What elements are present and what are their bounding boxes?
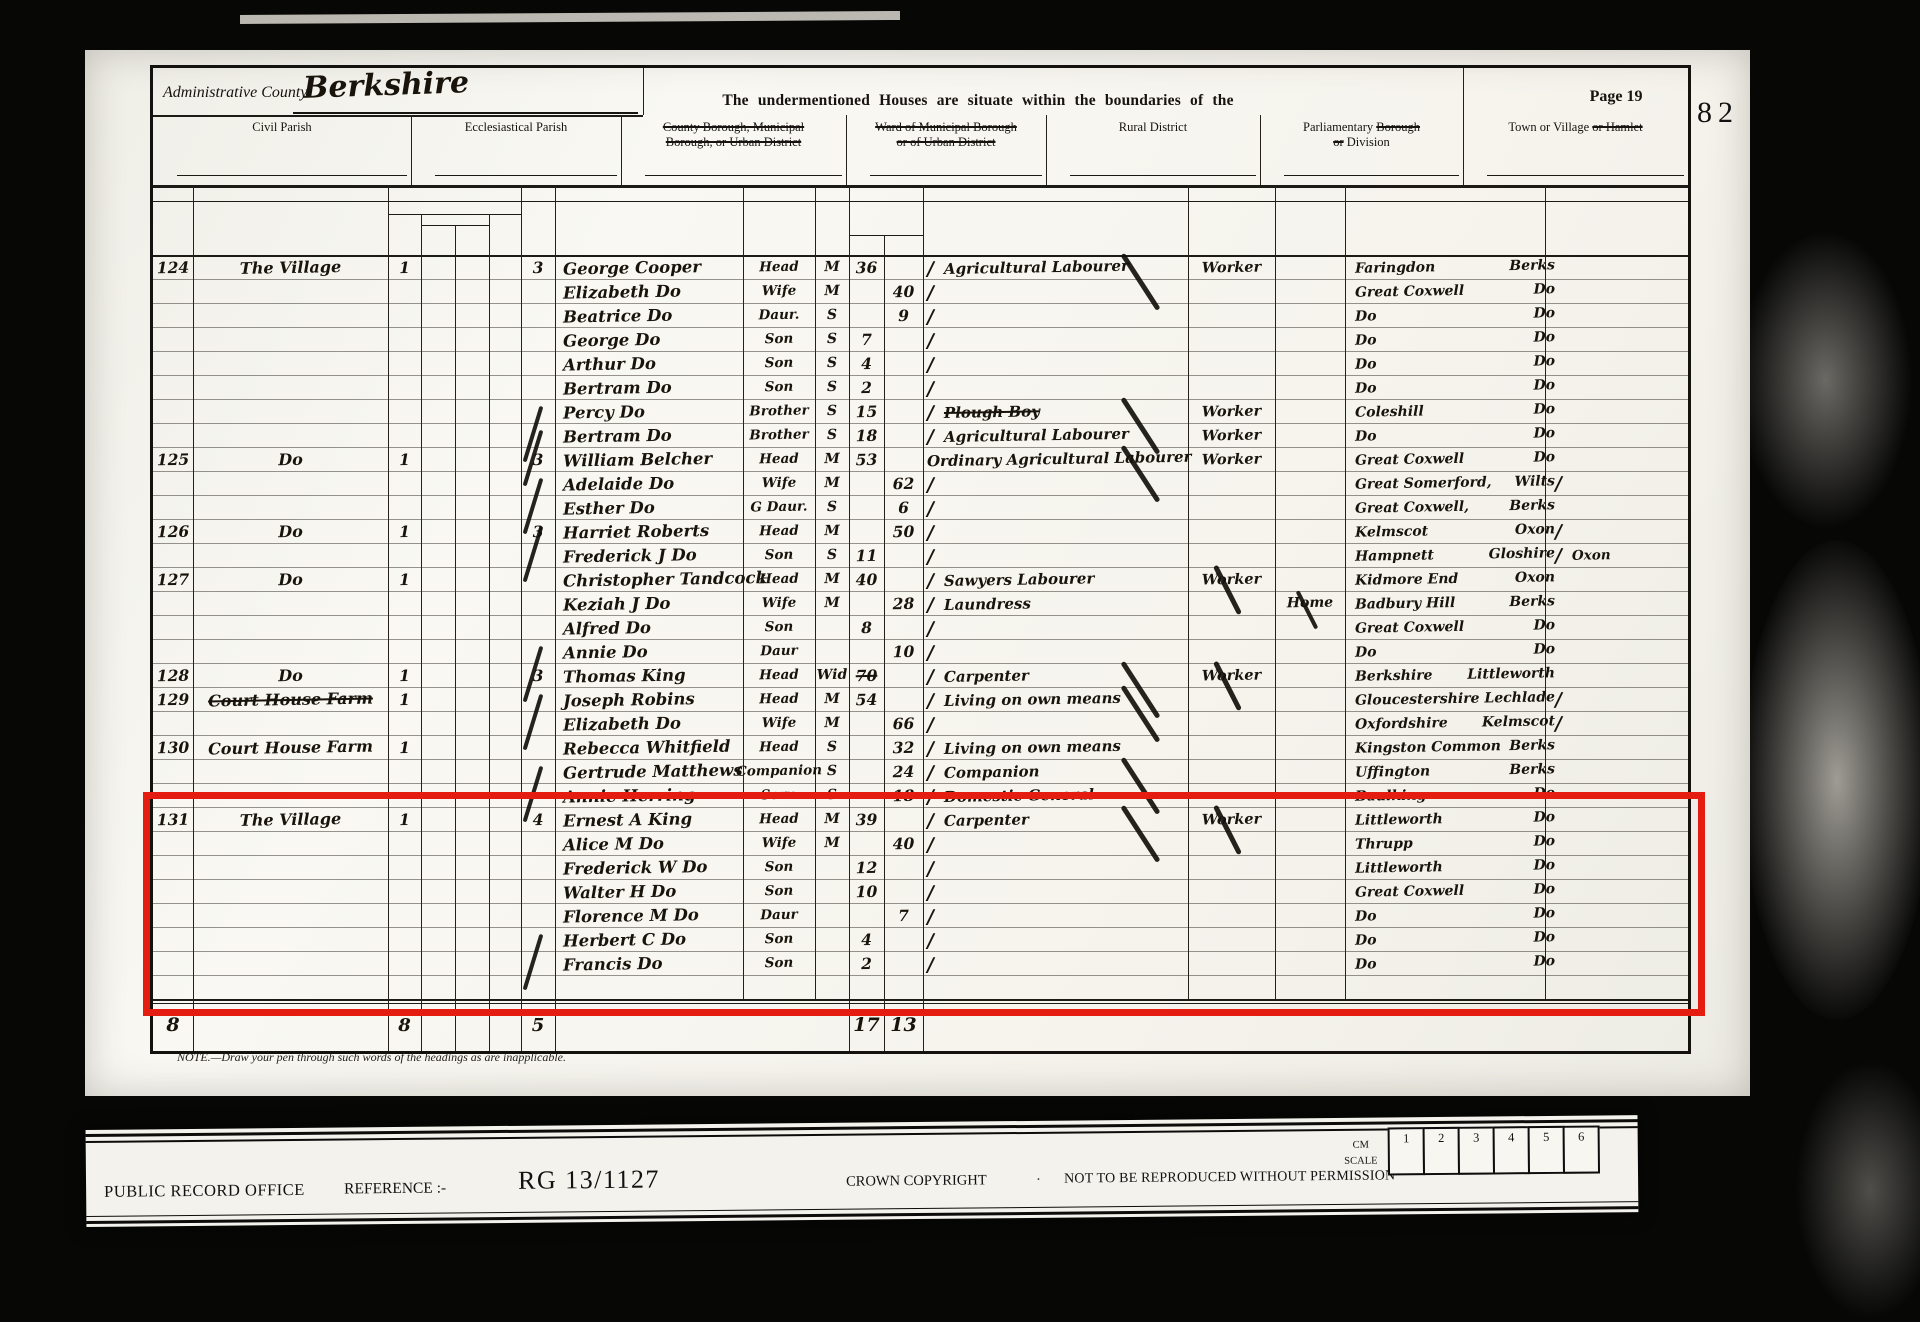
- enumerator-tick: /: [1555, 545, 1562, 567]
- enumerator-tick: /: [927, 474, 934, 496]
- birthplace-part: Gloucestershire: [1355, 691, 1480, 709]
- person-name-text: Joseph Robins: [563, 689, 695, 710]
- person-name: Keziah J Do: [555, 589, 751, 616]
- enumerator-tick: /: [1555, 473, 1562, 495]
- inhabited-mark: 1: [388, 687, 421, 712]
- age-female: 9: [884, 303, 923, 328]
- age-female-text: 9: [898, 305, 909, 324]
- enumerator-tick: /: [927, 714, 934, 736]
- birthplace-part: Coleshill: [1355, 404, 1424, 421]
- birthplace-part: Littleworth: [1467, 665, 1555, 683]
- age-male: 40: [849, 567, 884, 592]
- relation-text: Head: [759, 571, 799, 588]
- person-name-text: Beatrice Do: [563, 305, 673, 326]
- age-male: 36: [849, 255, 884, 280]
- age-male: 4: [849, 351, 884, 376]
- relation-text: Head: [759, 451, 799, 468]
- person-name: Arthur Do: [555, 349, 751, 376]
- label-part: or Hamlet: [1592, 120, 1642, 134]
- table-row: 127Do1Christopher TandcockHeadM40/Sawyer…: [153, 567, 1688, 591]
- marital-condition: S: [815, 423, 849, 448]
- county-borough: County Borough, MunicipalBorough, or Urb…: [621, 115, 846, 185]
- age-male-text: 7: [861, 329, 872, 348]
- schedule-number: 127: [153, 567, 193, 592]
- person-name: Gertrude Matthews: [555, 757, 751, 784]
- occupation-text: Ordinary Agricultural Labourer: [927, 448, 1192, 471]
- marital-condition-text: S: [827, 379, 837, 395]
- situate-heading: The undermentioned Houses are situate wi…: [623, 92, 1333, 110]
- relation-text: Son: [765, 547, 794, 563]
- age-female-text: 28: [893, 593, 915, 612]
- label-part: Rural District: [1119, 120, 1187, 134]
- table-row: Bertram DoSonS2/DoDo: [153, 375, 1688, 399]
- totals-males: 17: [849, 1013, 884, 1037]
- rule-line: [643, 68, 644, 115]
- table-row: 128Do13Thomas KingHeadWid70/CarpenterWor…: [153, 663, 1688, 687]
- person-name-text: Bertram Do: [563, 425, 672, 446]
- marital-condition-text: M: [824, 715, 840, 731]
- person-name: Christopher Tandcock: [555, 565, 751, 592]
- admin-county-value: Berkshire: [302, 65, 469, 106]
- person-name-text: Rebecca Whitfield: [563, 736, 731, 758]
- enumerator-tick: /: [927, 330, 934, 352]
- marital-condition: M: [815, 687, 849, 712]
- marital-condition-text: S: [827, 403, 837, 419]
- rule-line: [388, 214, 521, 215]
- age-female: 24: [884, 759, 923, 784]
- person-name: Elizabeth Do: [555, 277, 751, 304]
- birthplace-part: Great Somerford,: [1355, 474, 1492, 492]
- infirmity-note: /: [1545, 518, 1698, 545]
- person-name-text: Elizabeth Do: [563, 281, 681, 302]
- person-name-text: George Do: [563, 329, 661, 350]
- relation-text: Companion: [736, 762, 822, 779]
- schedule-number-text: 127: [157, 569, 190, 589]
- infirmity-note: /: [1545, 710, 1698, 737]
- birthplace-part: Berks: [1509, 593, 1555, 610]
- table-row: 124The Village13George CooperHeadM36/Agr…: [153, 255, 1688, 279]
- inhabited-mark: 1: [388, 447, 421, 472]
- rule-line: [1188, 185, 1189, 255]
- age-male: 11: [849, 543, 884, 568]
- marital-condition: S: [815, 543, 849, 568]
- label-line: County Borough, Municipal: [621, 120, 846, 135]
- ward-municipal-label: Ward of Municipal Boroughor of Urban Dis…: [846, 120, 1046, 150]
- label-line: Parliamentary Borough: [1260, 120, 1463, 135]
- person-name-text: George Cooper: [563, 257, 701, 278]
- birthplace-part: Great Coxwell,: [1355, 499, 1469, 517]
- birthplace-part: Do: [1533, 449, 1555, 465]
- person-name: Annie Do: [555, 637, 751, 664]
- marital-condition-text: S: [827, 763, 837, 779]
- table-row: Percy DoBrotherS15/Plough BoyWorkerColes…: [153, 399, 1688, 423]
- occupation-text: Companion: [944, 762, 1040, 782]
- age-female: 66: [884, 711, 923, 736]
- totals-rooms: 5: [521, 1013, 555, 1037]
- rural-district-label: Rural District: [1046, 120, 1260, 135]
- enumerator-tick: /: [927, 498, 934, 520]
- inhabited-mark: 1: [388, 255, 421, 280]
- age-female: 50: [884, 519, 923, 544]
- occupation-text: Living on own means: [944, 689, 1121, 710]
- rule-line: [870, 175, 1042, 176]
- relation: Son: [743, 350, 815, 375]
- enumerator-tick: /: [927, 378, 934, 400]
- age-male-text: 4: [861, 353, 872, 372]
- birthplace-part: Uffington: [1355, 763, 1430, 780]
- age-female-text: 6: [898, 497, 909, 516]
- infirmity-note: /Oxon: [1545, 542, 1698, 569]
- enumerator-tick: /: [1555, 689, 1562, 711]
- age-male: 18: [849, 423, 884, 448]
- employer-status-text: Worker: [1202, 450, 1262, 468]
- road-name-text: Court House Farm: [208, 688, 373, 710]
- person-name: Bertram Do: [555, 421, 751, 448]
- label-line: or of Urban District: [846, 135, 1046, 150]
- rule-line: [153, 185, 1688, 188]
- marital-condition-text: S: [827, 739, 837, 755]
- birthplace-part: Do: [1355, 356, 1377, 372]
- label-line: Rural District: [1046, 120, 1260, 135]
- schedule-number: 124: [153, 255, 193, 280]
- relation-text: Wife: [762, 715, 797, 732]
- rule-line: [293, 112, 638, 114]
- birthplace-part: Do: [1355, 332, 1377, 348]
- marital-condition: M: [815, 255, 849, 280]
- table-row: Elizabeth DoWifeM66/OxfordshireKelmscot/: [153, 711, 1688, 735]
- employer-status: Worker: [1188, 398, 1275, 424]
- occupation-text: Agricultural Labourer: [944, 257, 1129, 278]
- label-line: Ecclesiastical Parish: [411, 120, 621, 135]
- schedule-number-text: 130: [157, 737, 190, 757]
- relation: Companion: [743, 758, 815, 783]
- marital-condition-text: S: [827, 547, 837, 563]
- relation: Brother: [743, 398, 815, 423]
- marital-condition: S: [815, 351, 849, 376]
- birthplace-part: Oxon: [1515, 569, 1555, 586]
- relation-text: G Daur.: [750, 499, 807, 516]
- age-male-text: 15: [856, 401, 878, 420]
- schedule-number-text: 129: [157, 689, 190, 709]
- person-name: Alfred Do: [555, 613, 751, 640]
- rule-line: [455, 225, 456, 255]
- relation: Wife: [743, 278, 815, 303]
- table-row: Adelaide DoWifeM62/Great Somerford,Wilts…: [153, 471, 1688, 495]
- rule-line: [849, 185, 850, 255]
- marital-condition: M: [815, 519, 849, 544]
- person-name: George Cooper: [555, 253, 751, 280]
- marital-condition-text: M: [824, 475, 840, 491]
- person-name: Elizabeth Do: [555, 709, 751, 736]
- relation: Head: [743, 518, 815, 543]
- relation-text: Brother: [749, 402, 809, 419]
- age-female-text: 62: [893, 473, 915, 492]
- county-borough-label: County Borough, MunicipalBorough, or Urb…: [621, 120, 846, 150]
- schedule-number-text: 126: [157, 521, 190, 541]
- age-male-text: 36: [856, 257, 878, 276]
- admin-county-label: Administrative County: [163, 84, 307, 102]
- birthplace-part: Berkshire: [1355, 667, 1433, 684]
- rooms-count: 3: [521, 255, 555, 280]
- enumerator-tick: /: [927, 594, 934, 616]
- birthplace-part: Do: [1355, 308, 1377, 324]
- person-name-text: Gertrude Matthews: [563, 760, 743, 782]
- label-part: Borough, or Urban District: [666, 135, 801, 149]
- marital-condition: M: [815, 711, 849, 736]
- employer-status-text: Worker: [1202, 666, 1262, 684]
- label-line: Civil Parish: [153, 120, 411, 135]
- table-row: 126Do13Harriet RobertsHeadM50/KelmscotOx…: [153, 519, 1688, 543]
- marital-condition: S: [815, 735, 849, 760]
- relation-text: Head: [759, 259, 799, 276]
- scan-artifact: [1730, 0, 1920, 1322]
- road-name-text: Do: [278, 665, 303, 684]
- enumerator-tick: /: [927, 282, 934, 304]
- relation-text: Head: [759, 739, 799, 756]
- person-name-text: Arthur Do: [563, 353, 656, 374]
- age-male-text: 40: [856, 569, 878, 588]
- relation: Head: [743, 734, 815, 759]
- label-line: Ward of Municipal Borough: [846, 120, 1046, 135]
- rule-line: [388, 185, 389, 255]
- enumerator-tick: /: [927, 642, 934, 664]
- inhabited-mark-text: 1: [399, 449, 410, 468]
- enumerator-tick: /: [927, 258, 934, 280]
- road-name: Do: [193, 517, 388, 544]
- parliamentary-division-label: Parliamentary Boroughor Division: [1260, 120, 1463, 150]
- table-row: Elizabeth DoWifeM40/Great CoxwellDo: [153, 279, 1688, 303]
- marital-condition-text: M: [824, 595, 840, 611]
- infirmity-note: /: [1545, 686, 1698, 713]
- birthplace-part: Do: [1533, 425, 1555, 441]
- occupation-text: Agricultural Labourer: [944, 425, 1129, 446]
- marital-condition: M: [815, 567, 849, 592]
- age-male: 53: [849, 447, 884, 472]
- inhabited-mark: 1: [388, 567, 421, 592]
- label-part: or of Urban District: [897, 135, 996, 149]
- relation: Head: [743, 446, 815, 471]
- marital-condition: S: [815, 375, 849, 400]
- person-name-text: Elizabeth Do: [563, 713, 681, 734]
- road-name-text: Do: [278, 521, 303, 540]
- form-note: NOTE.—Draw your pen through such words o…: [177, 1050, 566, 1065]
- birthplace-part: Do: [1533, 353, 1555, 369]
- person-name-text: Percy Do: [563, 402, 645, 422]
- birthplace-part: Do: [1533, 305, 1555, 321]
- reference-label: REFERENCE :-: [344, 1180, 446, 1199]
- person-name-text: Keziah J Do: [563, 593, 671, 614]
- table-row: 130Court House Farm1Rebecca WhitfieldHea…: [153, 735, 1688, 759]
- marital-condition: S: [815, 495, 849, 520]
- person-name-text: William Belcher: [563, 448, 712, 470]
- employer-status-text: Worker: [1202, 570, 1262, 588]
- road-name: Do: [193, 445, 388, 472]
- rule-line: [1070, 175, 1256, 176]
- ruler-cell: 2: [1423, 1127, 1460, 1175]
- rural-district: Rural District: [1046, 115, 1260, 185]
- relation-text: Wife: [762, 283, 797, 300]
- road-name: Do: [193, 661, 388, 688]
- birthplace-part: Do: [1355, 644, 1377, 660]
- label-part: Civil Parish: [252, 120, 311, 134]
- age-female-text: 50: [893, 521, 915, 540]
- totals-inhabited: 8: [388, 1013, 421, 1037]
- inhabited-mark-text: 1: [399, 737, 410, 756]
- ward-municipal: Ward of Municipal Boroughor of Urban Dis…: [846, 115, 1046, 185]
- employer-status: Worker: [1188, 422, 1275, 448]
- table-row: 129Court House Farm1Joseph RobinsHeadM54…: [153, 687, 1688, 711]
- person-name-text: Harriet Roberts: [563, 521, 709, 543]
- relation: Son: [743, 614, 815, 639]
- employer-status-text: Worker: [1202, 426, 1262, 444]
- road-name-text: Do: [278, 449, 303, 468]
- road-name: Court House Farm: [193, 685, 388, 712]
- rule-line: [555, 185, 556, 255]
- highlight-box[interactable]: [143, 792, 1705, 1016]
- table-row: Alfred DoSon8/Great CoxwellDo: [153, 615, 1688, 639]
- relation: Head: [743, 662, 815, 687]
- separator-dot: ·: [1036, 1172, 1041, 1189]
- relation: Wife: [743, 710, 815, 735]
- rule-line: [884, 235, 885, 255]
- marital-condition-text: M: [824, 691, 840, 707]
- label-part: Town or Village: [1508, 120, 1592, 134]
- rule-line: [923, 185, 924, 255]
- ruler-cell: 1: [1388, 1127, 1425, 1175]
- enumerator-tick: /: [927, 570, 934, 592]
- relation-text: Son: [765, 355, 794, 371]
- person-name: Beatrice Do: [555, 301, 751, 328]
- rule-line: [153, 201, 1688, 202]
- age-male: 7: [849, 327, 884, 352]
- person-name-text: Annie Do: [563, 642, 648, 662]
- ruler-cell: 3: [1458, 1126, 1495, 1174]
- folio-stamp: 82: [1697, 96, 1739, 130]
- marital-condition: S: [815, 399, 849, 424]
- road-name-text: Do: [278, 569, 303, 588]
- relation: Wife: [743, 590, 815, 615]
- inhabited-mark-text: 1: [399, 665, 410, 684]
- rooms-count-text: 3: [532, 257, 543, 276]
- marital-condition-text: M: [824, 523, 840, 539]
- rule-line: [849, 235, 923, 236]
- rule-line: [489, 214, 490, 255]
- label-line: or Division: [1260, 135, 1463, 150]
- town-village: Town or Village or Hamlet: [1463, 115, 1688, 185]
- label-part: Borough: [1376, 120, 1420, 134]
- age-male: 8: [849, 615, 884, 640]
- marital-condition-text: M: [824, 451, 840, 467]
- relation-text: Head: [759, 667, 799, 684]
- enumerator-tick: /: [1555, 521, 1562, 543]
- relation-text: Head: [759, 523, 799, 540]
- enumerator-tick: /: [927, 666, 934, 688]
- table-row: 125Do13William BelcherHeadM53Ordinary Ag…: [153, 447, 1688, 471]
- relation: Head: [743, 254, 815, 279]
- rule-line: [1487, 175, 1684, 176]
- marital-condition-text: S: [827, 427, 837, 443]
- enumerator-tick: /: [927, 618, 934, 640]
- working-at-home-text: Home: [1287, 595, 1334, 612]
- marital-condition-text: M: [824, 283, 840, 299]
- marital-condition-text: M: [824, 571, 840, 587]
- age-male-text: 54: [856, 689, 878, 708]
- age-male: 2: [849, 375, 884, 400]
- age-male-text: 11: [856, 545, 878, 564]
- schedule-number: 130: [153, 735, 193, 760]
- road-name: The Village: [193, 253, 388, 280]
- age-male-text: 2: [861, 377, 872, 396]
- table-row: Esther DoG Daur.S6/Great Coxwell,Berks: [153, 495, 1688, 519]
- age-male: 15: [849, 399, 884, 424]
- rule-line: [815, 185, 816, 255]
- table-row: Bertram DoBrotherS18/Agricultural Labour…: [153, 423, 1688, 447]
- person-name-text: Frederick J Do: [563, 545, 697, 566]
- enumerator-tick: /: [927, 354, 934, 376]
- rule-line: [645, 175, 842, 176]
- table-row: Frederick J DoSonS11/HampnettGloshire/Ox…: [153, 543, 1688, 567]
- table-row: Annie DoDaur10/DoDo: [153, 639, 1688, 663]
- person-name: Adelaide Do: [555, 469, 751, 496]
- inhabited-mark: 1: [388, 735, 421, 760]
- road-name-text: The Village: [240, 257, 342, 278]
- totals-females: 13: [884, 1013, 923, 1037]
- marital-condition-text: S: [827, 331, 837, 347]
- ecclesiastical-parish: Ecclesiastical Parish: [411, 115, 621, 185]
- relation-text: Son: [765, 331, 794, 347]
- relation: Son: [743, 374, 815, 399]
- relation: Brother: [743, 422, 815, 447]
- person-name: Thomas King: [555, 661, 751, 688]
- label-part: or: [1333, 135, 1343, 149]
- marital-condition-text: S: [827, 355, 837, 371]
- town-village-label: Town or Village or Hamlet: [1463, 120, 1688, 135]
- schedule-number: 126: [153, 519, 193, 544]
- age-female: 28: [884, 591, 923, 616]
- marital-condition-text: M: [824, 259, 840, 275]
- birthplace-part: Berks: [1509, 761, 1555, 778]
- employer-status-text: Worker: [1202, 258, 1262, 276]
- person-name: Harriet Roberts: [555, 517, 751, 544]
- reproduction-notice: NOT TO BE REPRODUCED WITHOUT PERMISSION: [1064, 1168, 1395, 1187]
- relation: Daur: [743, 638, 815, 663]
- ruler-cell: 5: [1528, 1126, 1565, 1174]
- birthplace-part: Hampnett: [1355, 547, 1434, 564]
- birthplace-part: Do: [1533, 617, 1555, 633]
- label-part: Division: [1344, 135, 1390, 149]
- rule-line: [1284, 175, 1459, 176]
- inhabited-mark-text: 1: [399, 257, 410, 276]
- birthplace-part: Kingston Common: [1355, 738, 1501, 757]
- age-female-text: 66: [893, 713, 915, 732]
- infirmity-note: /: [1545, 470, 1698, 497]
- employer-status: Worker: [1188, 662, 1275, 688]
- inhabited-mark-text: 1: [399, 689, 410, 708]
- inhabited-mark: 1: [388, 663, 421, 688]
- relation: G Daur.: [743, 494, 815, 519]
- schedule-number-text: 124: [157, 257, 190, 277]
- relation: Son: [743, 542, 815, 567]
- birthplace-part: Do: [1533, 641, 1555, 657]
- relation: Head: [743, 686, 815, 711]
- marital-condition: M: [815, 447, 849, 472]
- age-female: 6: [884, 495, 923, 520]
- occupation-text: Laundress: [944, 594, 1031, 614]
- marital-condition: M: [815, 471, 849, 496]
- rule-line: [1545, 185, 1546, 255]
- label-part: Parliamentary: [1303, 120, 1376, 134]
- employer-status-text: Worker: [1202, 402, 1262, 420]
